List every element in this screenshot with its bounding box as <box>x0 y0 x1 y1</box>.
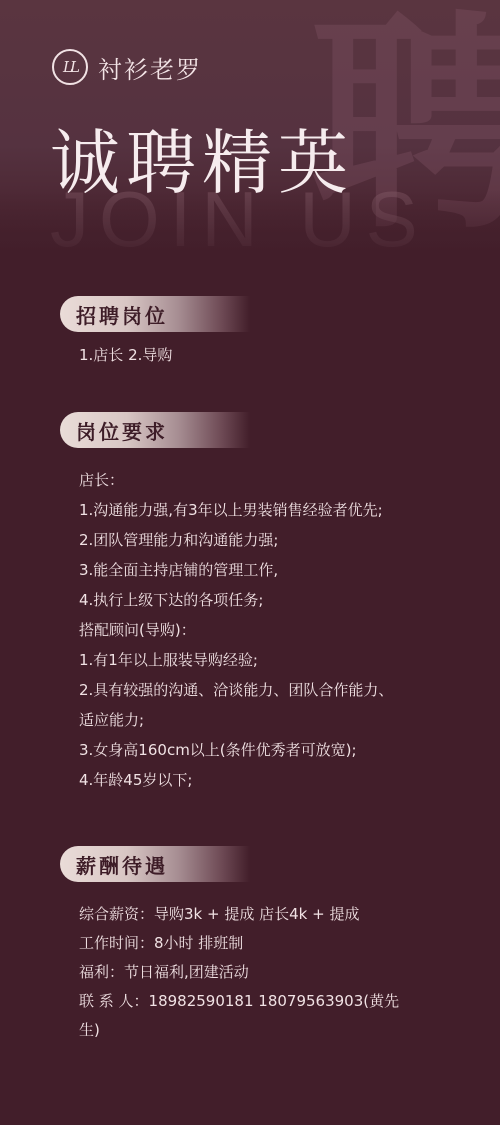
section-title: 薪酬待遇 <box>76 850 168 879</box>
contact-line: 联 系 人：18982590181 18079563903(黄先 <box>79 987 399 1016</box>
text-line: 综合薪资：导购3k + 提成 店长4k + 提成 <box>79 900 399 929</box>
text-line: 工作时间：8小时 排班制 <box>79 929 399 958</box>
text-line: 4.执行上级下达的各项任务; <box>79 585 393 615</box>
brand-name: 衬衫老罗 <box>98 50 202 85</box>
text-line: 1.店长 2.导购 <box>79 340 172 370</box>
brand: LL 衬衫老罗 <box>52 49 202 85</box>
section-tag-compensation: 薪酬待遇 <box>60 846 250 882</box>
text-line: 2.具有较强的沟通、洽谈能力、团队合作能力、 <box>79 675 393 705</box>
section-title: 岗位要求 <box>76 416 168 445</box>
text-line: 3.女身高160cm以上(条件优秀者可放宽); <box>79 735 393 765</box>
text-line: 店长： <box>79 465 393 495</box>
text-line: 1.有1年以上服装导购经验; <box>79 645 393 675</box>
hero-banner: 聘 JOIN US LL 衬衫老罗 诚聘精英 <box>0 0 500 265</box>
section-title: 招聘岗位 <box>76 300 168 329</box>
text-line: 4.年龄45岁以下; <box>79 765 393 795</box>
text-line: 3.能全面主持店铺的管理工作, <box>79 555 393 585</box>
contact-line-cont: 生) <box>79 1016 399 1045</box>
brand-logo-icon: LL <box>52 49 88 85</box>
positions-list: 1.店长 2.导购 <box>79 340 172 370</box>
text-line: 福利：节日福利,团建活动 <box>79 958 399 987</box>
text-line: 适应能力; <box>79 705 393 735</box>
compensation-list: 综合薪资：导购3k + 提成 店长4k + 提成 工作时间：8小时 排班制 福利… <box>79 900 399 1045</box>
text-line: 2.团队管理能力和沟通能力强; <box>79 525 393 555</box>
page-title: 诚聘精英 <box>50 128 354 198</box>
section-tag-requirements: 岗位要求 <box>60 412 250 448</box>
text-line: 搭配顾问(导购)： <box>79 615 393 645</box>
text-line: 1.沟通能力强,有3年以上男装销售经验者优先; <box>79 495 393 525</box>
requirements-list: 店长： 1.沟通能力强,有3年以上男装销售经验者优先; 2.团队管理能力和沟通能… <box>79 465 393 795</box>
section-tag-positions: 招聘岗位 <box>60 296 250 332</box>
